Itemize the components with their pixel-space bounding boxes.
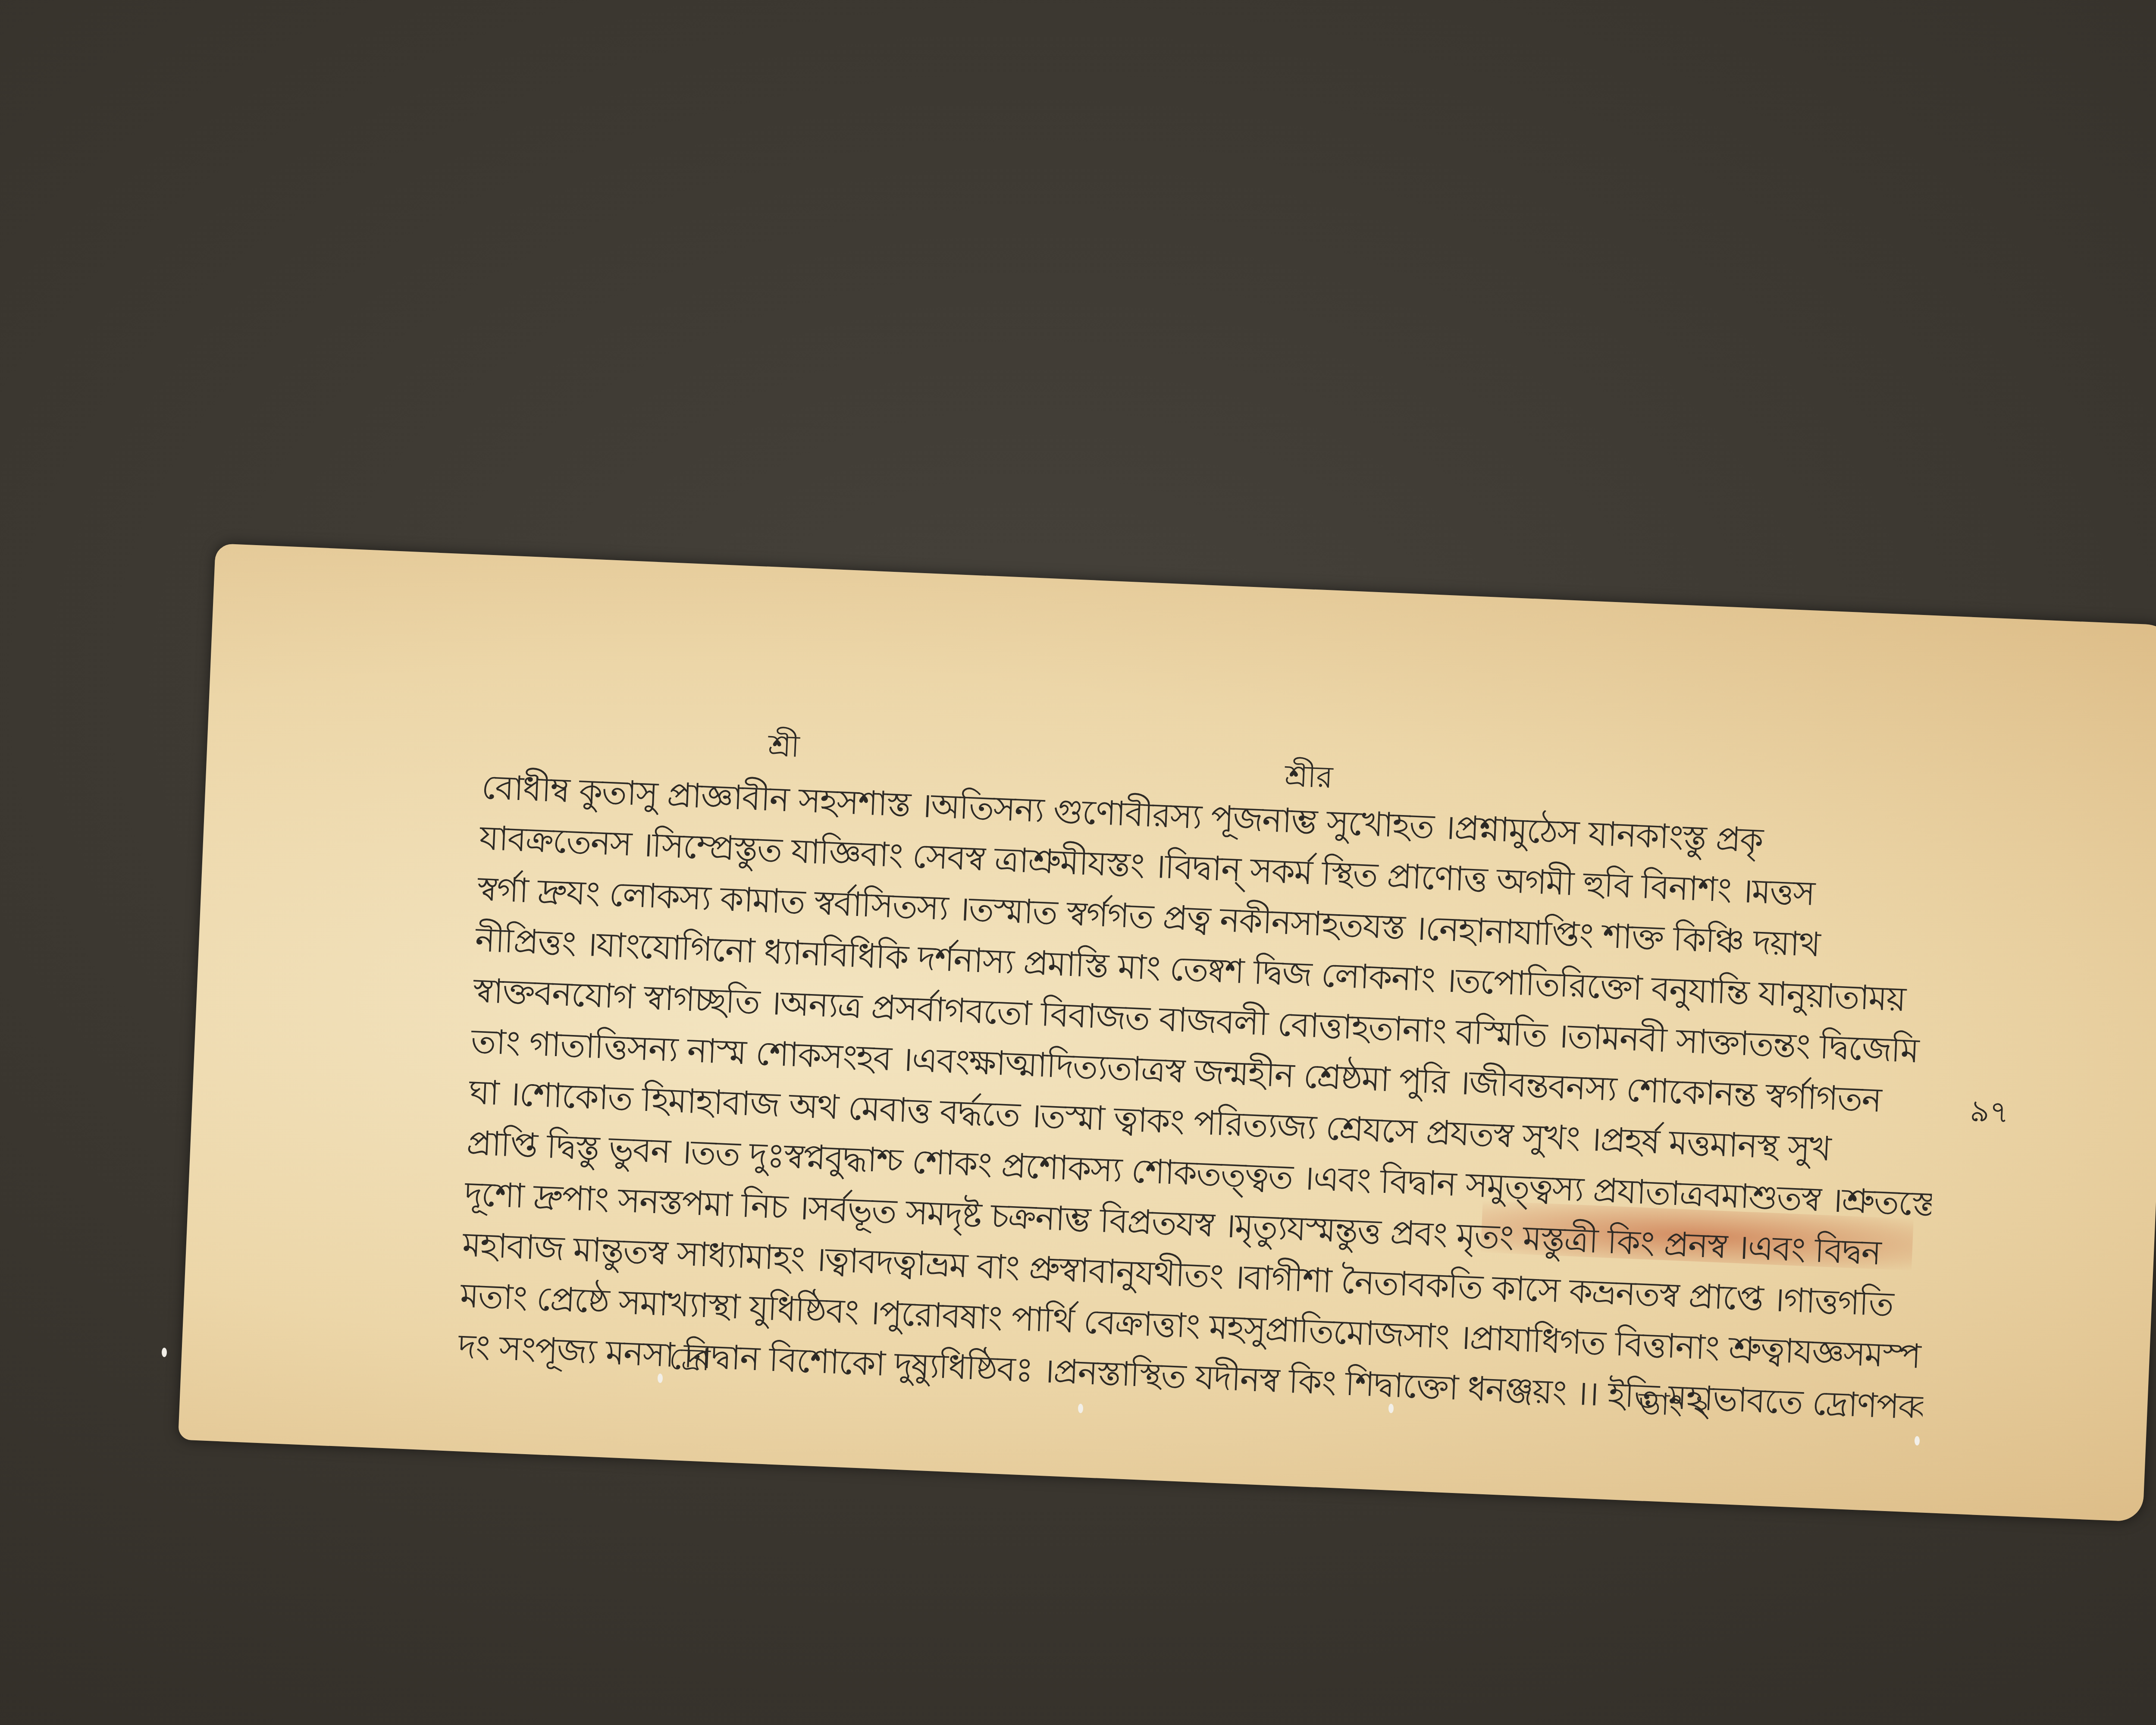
pin — [1388, 1404, 1394, 1413]
folio-number: ৯৭ — [1969, 1088, 2010, 1140]
marginal-note-top-left: শ্রী — [767, 722, 801, 774]
pin — [162, 1348, 167, 1357]
manuscript-text: বোধীম্ব কুতাসু প্রাজ্ঞাবীন সহসশাস্ত ।অতি… — [457, 762, 1947, 1433]
pin — [1915, 1436, 1920, 1446]
pin — [658, 1374, 663, 1383]
pin — [1078, 1404, 1083, 1413]
manuscript-leaf: শ্রী শ্রীর ৯৭ দ্রো ভাং ২ বোধীম্ব কুতাসু … — [178, 543, 2156, 1522]
